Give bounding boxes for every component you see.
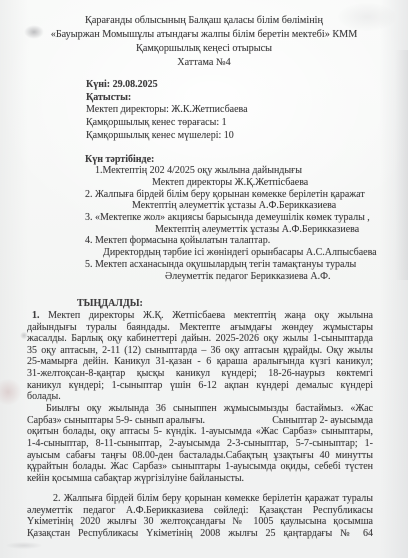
heard-section: ТЫҢДАЛДЫ: 1. Мектеп директоры Ж.Қ. Жетпі… <box>0 298 408 539</box>
minutes-body: 1. Мектеп директоры Ж.Қ. Жетпісбаева мек… <box>27 310 373 540</box>
agenda-item-2: 2. Жалпыға бірдей білім беру қорынан көм… <box>85 189 408 201</box>
paragraph-2-line: құрайтын болады. Жас Сарбаз» сыныптары 1… <box>27 461 373 473</box>
meeting-date: Күні: 29.08.2025 <box>86 79 408 92</box>
paragraph-2-line: кейін қосымша сабақтар жүргізілуіне байл… <box>27 473 373 485</box>
agenda-presenter-5: Әлеуметтік педагог Берикказиева А.Ф. <box>165 271 408 283</box>
paragraph-1-line-text: Мектеп директоры Ж.Қ. Жетпісбаева мектеп… <box>48 310 373 321</box>
agenda-presenter-1: Мектеп директоры Ж.Қ.Жетпісбаева <box>152 177 408 189</box>
paragraph-1-line: 1. Мектеп директоры Ж.Қ. Жетпісбаева мек… <box>27 310 373 322</box>
paragraph-1-number: 1. <box>32 310 40 321</box>
header-line-council: Қамқоршылық кеңесі отырысы <box>0 42 408 56</box>
header-line-school: «Бауыржан Момышұлы атындағы жалпы білім … <box>0 28 408 42</box>
agenda-item-3: 3. «Мектепке жол» акциясы барысында деме… <box>85 212 408 224</box>
meta-row-director: Мектеп директоры: Ж.К.Жетписбаева <box>86 104 408 117</box>
paragraph-1-line: дайындығы туралы баяндады. Мектепте ағым… <box>27 322 373 334</box>
paragraph-3-line: Үкіметінің 2020 жылғы 30 желтоқсандағы №… <box>27 516 373 528</box>
document-title: Хаттама №4 <box>0 56 408 70</box>
agenda-presenter-2: Мектептің әлеуметтік ұстазы А.Ф.Берикказ… <box>132 200 408 212</box>
paragraph-2-line: Сарбаз» сыныптары 5-9- сынып аралығы. Сы… <box>27 415 373 427</box>
agenda-item-1: 1.Мектептің 202 4/2025 оқу жылына дайынд… <box>95 165 408 177</box>
heard-heading: ТЫҢДАЛДЫ: <box>77 298 408 310</box>
header-line-organization: Қарағанды облысының Балқаш қаласы білім … <box>0 14 408 28</box>
paragraph-2-line: ауысым сабағы таңғы 08.00-ден басталады.… <box>27 450 373 462</box>
paragraph-3-line: 2. Жалпыға бірдей білім беру қорынан көм… <box>27 493 373 505</box>
paragraph-1-line: болады. <box>27 391 373 403</box>
paragraph-1-line: каникул күндері; 1-сыныптар үшін 6-12 ақ… <box>27 380 373 392</box>
paragraph-1-line: 31-желтоқсан-8-қаңтар қысқы каникул күнд… <box>27 368 373 380</box>
agenda-presenter-3: Мектептің әлеуметтік ұстазы А.Ф.Берикказ… <box>155 224 408 236</box>
paragraph-2-split-right: Сыныптар 2- ауысымда <box>272 415 373 427</box>
paragraph-1-line: жасалды. Барлық оқу кабинеттері дайын. 2… <box>27 333 373 345</box>
paragraph-3-line: Қазақстан Республикасы Үкіметінің 2008 ж… <box>27 528 373 540</box>
agenda-item-4: 4. Мектеп формасына қойылатын талаптар. <box>85 235 408 247</box>
agenda-presenter-4: Директордың тәрбие ісі жөніндегі орынбас… <box>103 247 408 259</box>
paragraph-1-line: 35 оқу аптасын, 2-11 (12) сыныптарда – 3… <box>27 345 373 357</box>
paragraph-1-line: 25-мамырға дейін. Каникул 31-қазан - 6 қ… <box>27 356 373 368</box>
document-header: Қарағанды облысының Балқаш қаласы білім … <box>0 0 408 70</box>
paragraph-2-line: оқитын болады, оқу аптасы 5- күндік. 1-а… <box>27 426 373 438</box>
paragraph-2-line: Биылғы оқу жылында 36 сыныппен жұмысымыз… <box>27 403 373 415</box>
meeting-meta: Күні: 29.08.2025 Қатысты: Мектеп директо… <box>86 79 408 143</box>
paragraph-3-line: әлеуметтік педагог А.Ф.Берикказиева сөйл… <box>27 505 373 517</box>
scanned-document-page: Қарағанды облысының Балқаш қаласы білім … <box>0 0 408 558</box>
meta-row-chairman: Қамқоршылық кенес төрағасы: 1 <box>86 117 408 130</box>
agenda-item-5: 5. Мектеп асханасында оқушылардың тегін … <box>85 259 408 271</box>
meta-row-members: Қамқоршылық кенес мүшелері: 10 <box>86 130 408 143</box>
paragraph-2-line: 1-4-сыныптар, 8-11-сыныптар, 2-ауысымда … <box>27 438 373 450</box>
paragraph-2-split-left: Сарбаз» сыныптары 5-9- сынып аралығы. <box>27 415 205 427</box>
agenda-heading: Күн тәртібінде: <box>85 154 408 166</box>
attendees-heading: Қатысты: <box>86 92 408 105</box>
agenda-section: Күн тәртібінде: 1.Мектептің 202 4/2025 о… <box>0 154 408 283</box>
scan-mark-icon <box>6 542 42 549</box>
